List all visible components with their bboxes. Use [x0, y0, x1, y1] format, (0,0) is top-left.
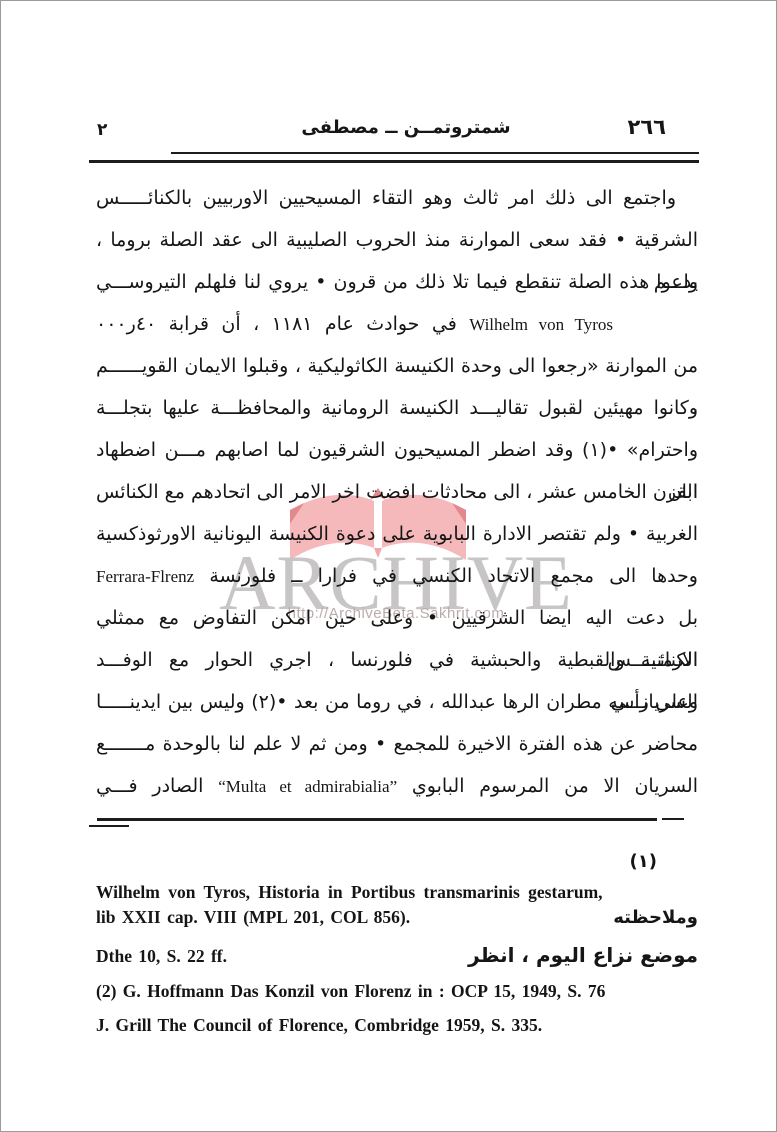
- latin-phrase: “Multa et admirabialia”: [218, 777, 397, 796]
- body-line: واحترام» •(١) وقد اضطر المسيحيون الشرقيو…: [96, 429, 698, 471]
- body-line: السريان الا من المرسوم البابوي “Multa et…: [96, 765, 698, 807]
- footnote-1-citation-line-2: lib XXII cap. VIII (MPL 201, COL 856).: [96, 907, 410, 928]
- footnote-divider-right-dash: [662, 818, 684, 820]
- scanned-book-page: ٢٦٦ شمتروتمــن ــ مصطفى ٢ ARCHIVE http:/…: [0, 0, 777, 1132]
- latin-phrase: Ferrara-Flrenz: [96, 567, 194, 586]
- footnote-dthe-citation: Dthe 10, S. 22 ff.: [96, 946, 227, 967]
- footnote-1-citation-line-1: Wilhelm von Tyros, Historia in Portibus …: [96, 882, 603, 903]
- body-line: يدعوا هذه الصلة تنقطع فيما تلا ذلك من قر…: [96, 261, 698, 303]
- arabic-text: وحدها الى مجمع الاتحاد الكنسي في فرارا ـ…: [209, 565, 698, 587]
- arabic-text: واجتمع الى ذلك امر ثالث وهو التقاء المسي…: [96, 187, 676, 209]
- body-line: الغربية • ولم تقتصر الادارة البابوية على…: [96, 513, 698, 555]
- body-line: من الموارنة «رجعوا الى وحدة الكنيسة الكا…: [96, 345, 698, 387]
- footnote-1-row-2: lib XXII cap. VIII (MPL 201, COL 856). و…: [96, 907, 698, 928]
- footnote-divider-left-dash: [89, 825, 129, 827]
- body-line: واجتمع الى ذلك امر ثالث وهو التقاء المسي…: [96, 177, 698, 219]
- page-number: ٢٦٦: [628, 115, 666, 139]
- footnote-arabic-see-note: موضع نزاع اليوم ، انظر: [468, 943, 698, 967]
- arabic-text: يدعوا هذه الصلة تنقطع فيما تلا ذلك من قر…: [96, 271, 698, 293]
- arabic-text: محاضر عن هذه الفترة الاخيرة للمجمع • ومن…: [96, 733, 698, 755]
- body-line: وعلى رأسه مطران الرها عبدالله ، في روما …: [96, 681, 698, 723]
- body-line: وحدها الى مجمع الاتحاد الكنسي في فرارا ـ…: [96, 555, 698, 597]
- footnote-2-row: Dthe 10, S. 22 ff. موضع نزاع اليوم ، انظ…: [96, 943, 698, 967]
- arabic-text: وكانوا مهيئين لقبول تقاليـــد الكنيسة ال…: [96, 397, 698, 419]
- body-line: Wilhelm von Tyros في حوادث عام ١١٨١ ، أن…: [96, 303, 698, 345]
- arabic-text: في حوادث عام ١١٨١ ، أن قرابة: [169, 313, 457, 335]
- body-line: الارمنية والقبطية والحبشية في فلورنسا ، …: [96, 639, 698, 681]
- running-head-title: شمتروتمــن ــ مصطفى: [296, 117, 516, 138]
- latin-phrase: Wilhelm von Tyros: [469, 315, 613, 334]
- numeral: ٤٠ر٠٠٠: [96, 313, 156, 335]
- arabic-text: القرن الخامس عشر ، الى محادثات افضت اخر …: [96, 481, 698, 503]
- body-line: محاضر عن هذه الفترة الاخيرة للمجمع • ومن…: [96, 723, 698, 765]
- body-line: بل دعت اليه ايضا الشرقيين • وعلى حين امك…: [96, 597, 698, 639]
- footnote-divider: [97, 818, 657, 821]
- footnote-2-citation-line-1: (2) G. Hoffmann Das Konzil von Florenz i…: [96, 981, 605, 1002]
- folio-number: ٢: [97, 120, 107, 140]
- arabic-text: الغربية • ولم تقتصر الادارة البابوية على…: [96, 523, 698, 545]
- body-text: واجتمع الى ذلك امر ثالث وهو التقاء المسي…: [96, 177, 698, 807]
- arabic-text: وعلى رأسه مطران الرها عبدالله ، في روما …: [96, 691, 698, 713]
- body-line: الشرقية • فقد سعى الموارنة منذ الحروب ال…: [96, 219, 698, 261]
- footnote-2-citation-line-2: J. Grill The Council of Florence, Combri…: [96, 1015, 542, 1036]
- body-line: القرن الخامس عشر ، الى محادثات افضت اخر …: [96, 471, 698, 513]
- footnote-marker-1: (١): [630, 851, 657, 872]
- arabic-text: السريان الا من المرسوم البابوي: [412, 775, 698, 797]
- body-line: وكانوا مهيئين لقبول تقاليـــد الكنيسة ال…: [96, 387, 698, 429]
- arabic-text: الصادر فـــي: [96, 775, 203, 797]
- footnote-1-arabic-note: وملاحظته: [613, 907, 698, 928]
- header-rule-top: [171, 152, 699, 154]
- header-rule-bottom: [89, 160, 699, 163]
